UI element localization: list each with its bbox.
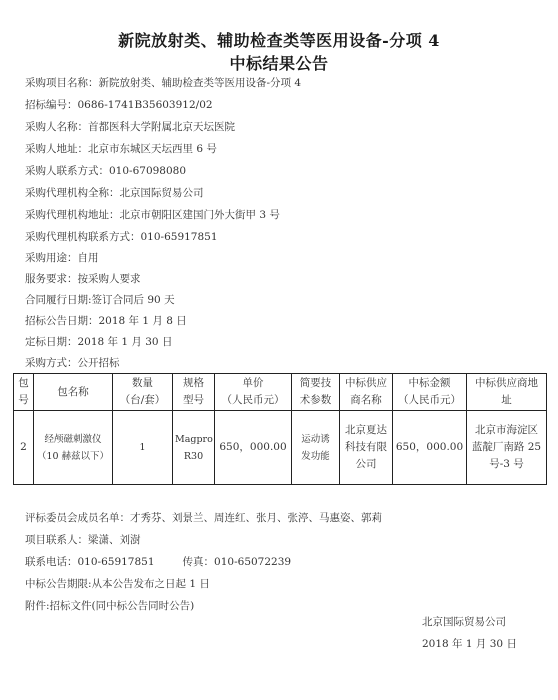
- info-purchaser-name: 采购人名称：首都医科大学附属北京天坛医院: [25, 116, 301, 138]
- cell-quantity: 1: [113, 411, 173, 485]
- info-project-name: 采购项目名称：新院放射类、辅助检查类等医用设备-分项 4: [25, 72, 301, 94]
- info-service-requirement: 服务要求：按采购人要求: [25, 269, 301, 290]
- header-tech-params: 简要技术参数: [292, 374, 340, 411]
- info-tender-announcement-date: 招标公告日期：2018 年 1 月 8 日: [25, 311, 301, 332]
- info-award-date: 定标日期：2018 年 1 月 30 日: [25, 332, 301, 353]
- cell-award-amount: 650，000.00: [393, 411, 467, 485]
- info-contract-period: 合同履行日期:签订合同后 90 天: [25, 290, 301, 311]
- contact-phone: 联系电话：010-65917851: [25, 556, 155, 568]
- cell-supplier-name: 北京夏达科技有限公司: [340, 411, 393, 485]
- info-agency-contact: 采购代理机构联系方式：010-65917851: [25, 226, 301, 248]
- header-supplier-name: 中标供应商名称: [340, 374, 393, 411]
- info-agency-name: 采购代理机构全称：北京国际贸易公司: [25, 182, 301, 204]
- table-header-row: 包号 包名称 数量（台/套） 规格型号 单价（人民币元） 简要技术参数 中标供应…: [14, 374, 547, 411]
- contact-fax: 传真：010-65072239: [183, 556, 292, 568]
- footer-info-list: 评标委员会成员名单：才秀芬、刘景兰、周连红、张月、张渟、马惠姿、郭莉 项目联系人…: [25, 507, 382, 617]
- cell-unit-price: 650，000.00: [215, 411, 292, 485]
- info-procurement-method: 采购方式：公开招标: [25, 353, 301, 374]
- info-purchaser-contact: 采购人联系方式：010-67098080: [25, 160, 301, 182]
- committee-members: 评标委员会成员名单：才秀芬、刘景兰、周连红、张月、张渟、马惠姿、郭莉: [25, 507, 382, 529]
- header-quantity: 数量（台/套）: [113, 374, 173, 411]
- info-agency-address: 采购代理机构地址：北京市朝阳区建国门外大街甲 3 号: [25, 204, 301, 226]
- attachment-info: 附件:招标文件(同中标公告同时公告): [25, 595, 382, 617]
- document-subtitle: 中标结果公告: [0, 51, 558, 74]
- header-unit-price: 单价（人民币元）: [215, 374, 292, 411]
- cell-tech-params: 运动诱发功能: [292, 411, 340, 485]
- cell-model: MagproR30: [173, 411, 215, 485]
- document-title: 新院放射类、辅助检查类等医用设备-分项 4: [0, 28, 558, 51]
- cell-package-no: 2: [14, 411, 34, 485]
- table-row: 2 经颅磁刺激仪（10 赫兹以下） 1 MagproR30 650，000.00…: [14, 411, 547, 485]
- award-result-table: 包号 包名称 数量（台/套） 规格型号 单价（人民币元） 简要技术参数 中标供应…: [13, 373, 547, 485]
- header-award-amount: 中标金额（人民币元）: [393, 374, 467, 411]
- info-tender-number: 招标编号：0686-1741B35603912/02: [25, 94, 301, 116]
- contact-phone-fax: 联系电话：010-65917851传真：010-65072239: [25, 551, 382, 573]
- announcement-period: 中标公告期限:从本公告发布之日起 1 日: [25, 573, 382, 595]
- info-purpose: 采购用途：自用: [25, 248, 301, 269]
- cell-package-name: 经颅磁刺激仪（10 赫兹以下）: [34, 411, 113, 485]
- header-package-name: 包名称: [34, 374, 113, 411]
- project-contact-person: 项目联系人：梁潇、刘澍: [25, 529, 382, 551]
- header-package-no: 包号: [14, 374, 34, 411]
- info-purchaser-address: 采购人地址：北京市东城区天坛西里 6 号: [25, 138, 301, 160]
- procurement-info-list: 采购项目名称：新院放射类、辅助检查类等医用设备-分项 4 招标编号：0686-1…: [25, 72, 301, 374]
- signature-date: 2018 年 1 月 30 日: [422, 636, 517, 651]
- header-supplier-address: 中标供应商地址: [467, 374, 547, 411]
- cell-supplier-address: 北京市海淀区蓝靛厂南路 25号-3 号: [467, 411, 547, 485]
- header-model: 规格型号: [173, 374, 215, 411]
- signature-org: 北京国际贸易公司: [422, 614, 506, 629]
